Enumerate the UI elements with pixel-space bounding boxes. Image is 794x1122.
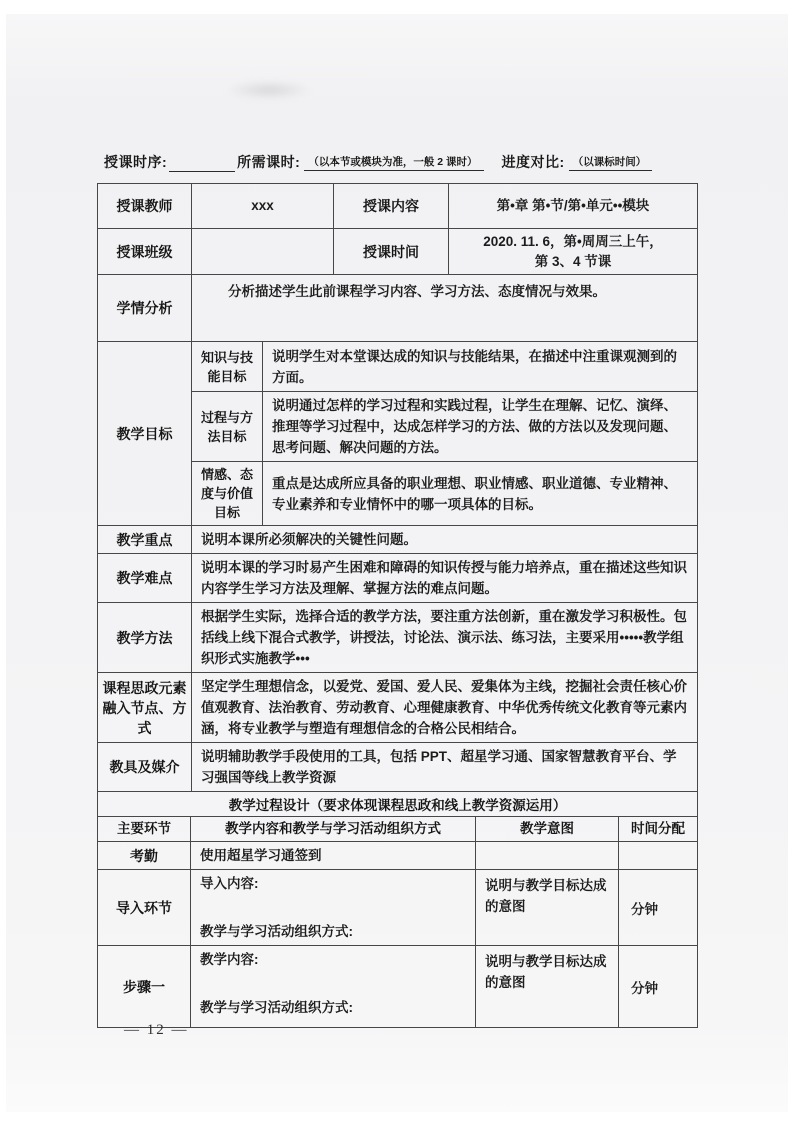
column-header-content: 教学内容和教学与学习活动组织方式 — [191, 817, 476, 842]
label-teaching-aids: 教具及媒介 — [98, 743, 192, 792]
label-teacher: 授课教师 — [98, 184, 192, 229]
label-teaching-time-order: 授课时序: — [104, 152, 167, 172]
label-teaching-time: 授课时间 — [334, 229, 449, 275]
table-row: 教学方法 根据学生实际，选择合适的教学方法，要注重方法创新，重在激发学习积极性。… — [98, 603, 698, 673]
time-step-one: 分钟 — [619, 946, 698, 1028]
table-row: 授课教师 xxx 授课内容 第•章 第•节/第•单元••模块 — [98, 184, 698, 229]
label-required-hours: 所需课时: — [237, 152, 300, 172]
lesson-plan-table: 授课教师 xxx 授课内容 第•章 第•节/第•单元••模块 授课班级 授课时间… — [97, 183, 699, 1028]
table-row: 导入环节 导入内容: 教学与学习活动组织方式: 说明与教学目标达成的意图 分钟 — [98, 870, 698, 946]
value-teaching-time: 2020. 11. 6，第•周周三上午， 第 3、4 节课 — [449, 229, 698, 275]
table-row: 课程思政元素融入节点、方式 坚定学生理想信念，以爱党、爱国、爱人民、爱集体为主线… — [98, 673, 698, 743]
table-row: 考勤 使用超星学习通签到 — [98, 842, 698, 870]
label-learner-analysis: 学情分析 — [98, 275, 192, 342]
intent-step-one: 说明与教学目标达成的意图 — [476, 946, 619, 1028]
stage-attendance: 考勤 — [98, 842, 191, 870]
process-table: 主要环节 教学内容和教学与学习活动组织方式 教学意图 时间分配 考勤 使用超星学… — [97, 816, 698, 1028]
label-teaching-difficulties: 教学难点 — [98, 554, 192, 603]
note-required-hours: （以本节或模块为准，一般 2 课时） — [304, 154, 483, 171]
process-design-title: 教学过程设计（要求体现课程思政和线上教学资源运用） — [98, 792, 698, 817]
content-teaching-difficulties: 说明本课的学习时易产生困难和障碍的知识传授与能力培养点，重在描述这些知识内容学生… — [192, 554, 698, 603]
table-row: 教具及媒介 说明辅助教学手段使用的工具，包括 PPT、超星学习通、国家智慧教育平… — [98, 743, 698, 792]
label-ideology-elements: 课程思政元素融入节点、方式 — [98, 673, 192, 743]
table-row: 教学重点 说明本课所必须解决的关键性问题。 — [98, 526, 698, 554]
teaching-time-line1: 2020. 11. 6，第•周周三上午， — [457, 232, 689, 252]
value-teaching-content: 第•章 第•节/第•单元••模块 — [449, 184, 698, 229]
table-row: 授课班级 授课时间 2020. 11. 6，第•周周三上午， 第 3、4 节课 — [98, 229, 698, 275]
content-knowledge-skill-objective: 说明学生对本堂课达成的知识与技能结果，在描述中注重课观测到的方面。 — [263, 342, 698, 392]
content-introduction: 导入内容: 教学与学习活动组织方式: — [191, 870, 476, 946]
label-teaching-objectives: 教学目标 — [98, 342, 192, 526]
teaching-time-line2: 第 3、4 节课 — [457, 252, 689, 272]
sublabel-knowledge-skill-objective: 知识与技能目标 — [192, 342, 263, 392]
content-teaching-methods: 根据学生实际，选择合适的教学方法，要注重方法创新，重在激发学习积极性。包括线上线… — [192, 603, 698, 673]
stage-introduction: 导入环节 — [98, 870, 191, 946]
content-teaching-key-points: 说明本课所必须解决的关键性问题。 — [192, 526, 698, 554]
stage-step-one: 步骤一 — [98, 946, 191, 1028]
column-header-intent: 教学意图 — [476, 817, 619, 842]
label-teaching-key-points: 教学重点 — [98, 526, 192, 554]
column-header-stage: 主要环节 — [98, 817, 191, 842]
content-process-method-objective: 说明通过怎样的学习过程和实践过程，让学生在理解、记忆、演绎、推理等学习过程中，达… — [263, 392, 698, 462]
label-class: 授课班级 — [98, 229, 192, 275]
label-teaching-methods: 教学方法 — [98, 603, 192, 673]
content-ideology-elements: 坚定学生理想信念，以爱党、爱国、爱人民、爱集体为主线，挖掘社会责任核心价值观教育… — [192, 673, 698, 743]
table-row: 步骤一 教学内容: 教学与学习活动组织方式: 说明与教学目标达成的意图 分钟 — [98, 946, 698, 1028]
value-teacher: xxx — [192, 184, 334, 229]
sublabel-affect-value-objective: 情感、态度与价值目标 — [192, 462, 263, 526]
label-teaching-content: 授课内容 — [334, 184, 449, 229]
step-one-content-line1: 教学内容: — [200, 949, 466, 970]
label-progress-compare: 进度对比: — [502, 152, 565, 172]
introduction-content-line2: 教学与学习活动组织方式: — [200, 921, 466, 942]
time-attendance — [619, 842, 698, 870]
content-attendance: 使用超星学习通签到 — [191, 842, 476, 870]
intent-introduction: 说明与教学目标达成的意图 — [476, 870, 619, 946]
table-row: 主要环节 教学内容和教学与学习活动组织方式 教学意图 时间分配 — [98, 817, 698, 842]
page-number: — 12 — — [124, 1022, 189, 1039]
content-learner-analysis: 分析描述学生此前课程学习内容、学习方法、态度情况与效果。 — [192, 275, 698, 342]
introduction-content-line1: 导入内容: — [200, 873, 466, 894]
top-info-table: 授课教师 xxx 授课内容 第•章 第•节/第•单元••模块 授课班级 授课时间… — [97, 183, 698, 275]
intent-attendance — [476, 842, 619, 870]
header-line: 授课时序: 所需课时: （以本节或模块为准，一般 2 课时） 进度对比: （以课… — [104, 148, 724, 172]
step-one-content-line2: 教学与学习活动组织方式: — [200, 997, 466, 1018]
value-class — [192, 229, 334, 275]
content-affect-value-objective: 重点是达成所应具备的职业理想、职业情感、职业道德、专业精神、专业素养和专业情怀中… — [263, 462, 698, 526]
detail-table: 学情分析 分析描述学生此前课程学习内容、学习方法、态度情况与效果。 教学目标 知… — [97, 274, 698, 817]
column-header-time: 时间分配 — [619, 817, 698, 842]
table-row: 教学目标 知识与技能目标 说明学生对本堂课达成的知识与技能结果，在描述中注重课观… — [98, 342, 698, 392]
table-row: 教学过程设计（要求体现课程思政和线上教学资源运用） — [98, 792, 698, 817]
sublabel-process-method-objective: 过程与方法目标 — [192, 392, 263, 462]
content-step-one: 教学内容: 教学与学习活动组织方式: — [191, 946, 476, 1028]
content-teaching-aids: 说明辅助教学手段使用的工具，包括 PPT、超星学习通、国家智慧教育平台、学习强国… — [192, 743, 698, 792]
table-row: 学情分析 分析描述学生此前课程学习内容、学习方法、态度情况与效果。 — [98, 275, 698, 342]
time-introduction: 分钟 — [619, 870, 698, 946]
scan-smudge-artifact — [228, 82, 310, 98]
table-row: 教学难点 说明本课的学习时易产生困难和障碍的知识传授与能力培养点，重在描述这些知… — [98, 554, 698, 603]
blank-underline — [169, 156, 235, 172]
note-progress-compare: （以课标时间） — [569, 154, 653, 171]
